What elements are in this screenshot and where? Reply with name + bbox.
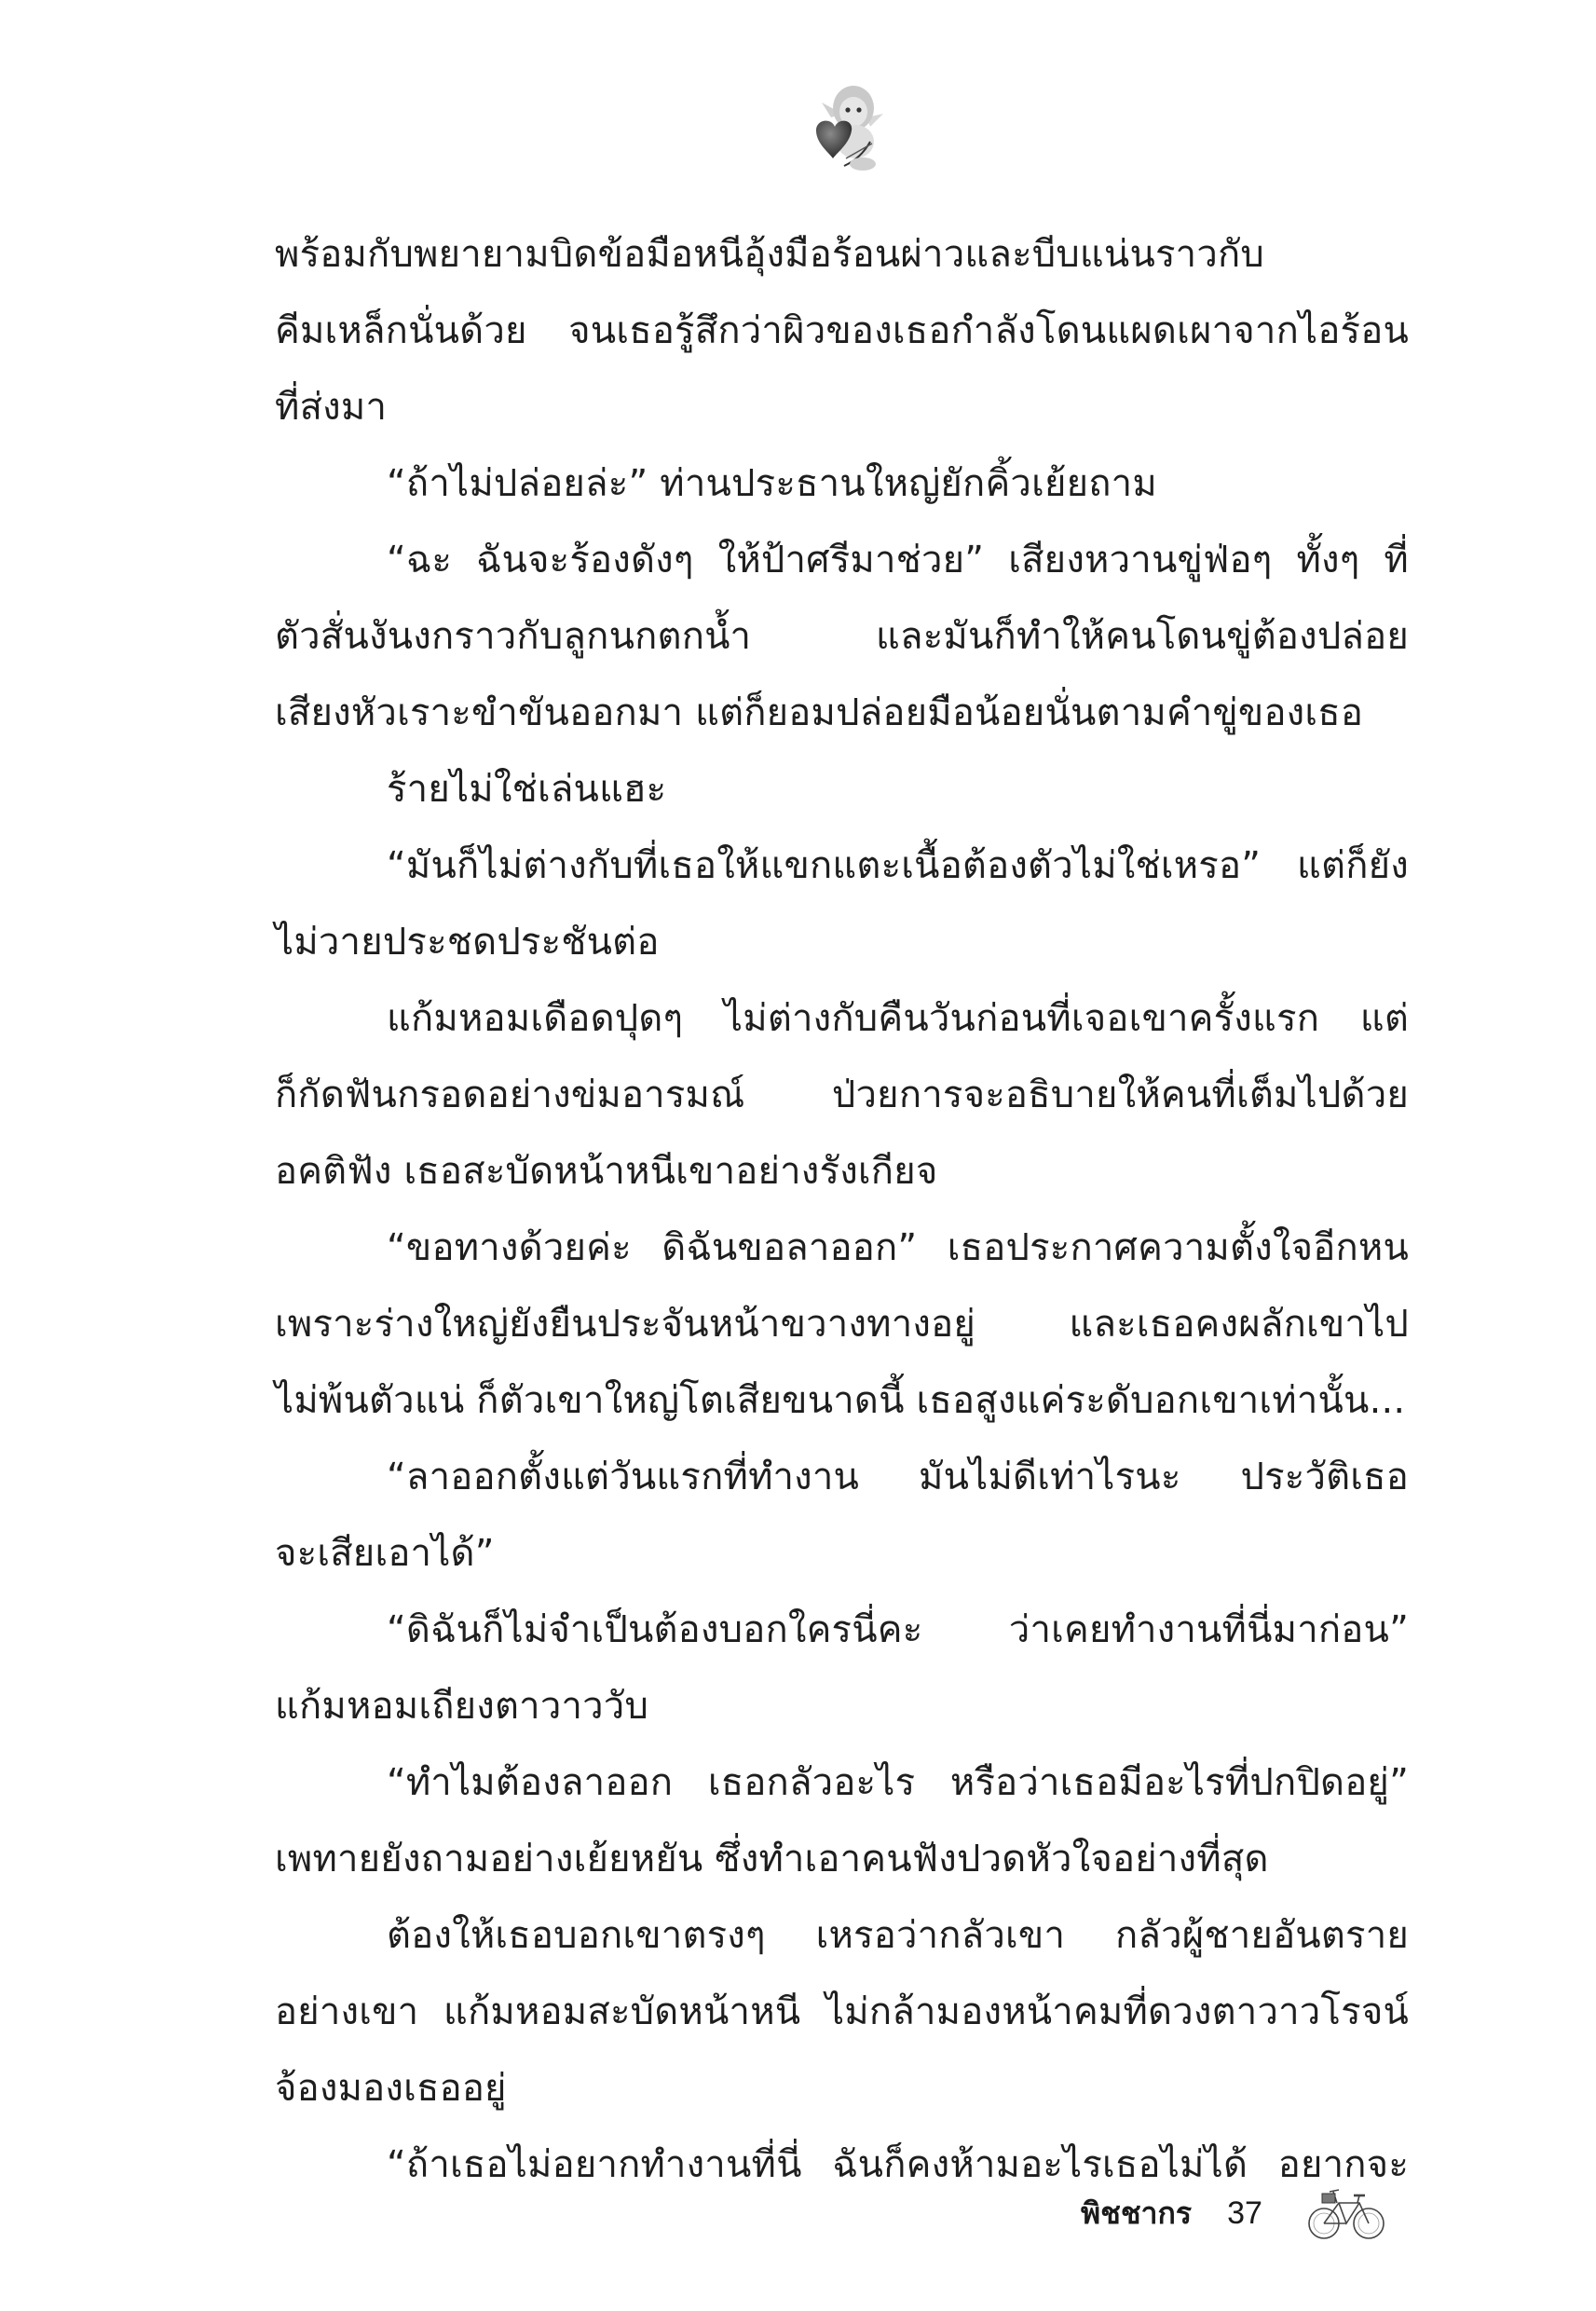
text-line: “ขอทางด้วยค่ะ ดิฉันขอลาออก” เธอประกาศควา… (275, 1210, 1409, 1286)
body-text: พร้อมกับพยายามบิดข้อมือหนีอุ้งมือร้อนผ่า… (275, 216, 1409, 2203)
text-line: ตัวสั่นงันงกราวกับลูกนกตกน้ำ และมันก็ทำใ… (275, 598, 1409, 675)
text-line: คีมเหล็กนั่นด้วย จนเธอรู้สึกว่าผิวของเธอ… (275, 293, 1409, 369)
text-line: ก็กัดฟันกรอดอย่างข่มอารมณ์ ป่วยการจะอธิบ… (275, 1057, 1409, 1133)
bicycle-icon (1307, 2184, 1385, 2242)
text-line: อคติฟัง เธอสะบัดหน้าหนีเขาอย่างรังเกียจ (275, 1133, 1409, 1210)
text-line: ที่ส่งมา (275, 369, 1409, 445)
book-title: พิชชากร (1081, 2190, 1192, 2237)
text-line: ไม่วายประชดประชันต่อ (275, 904, 1409, 980)
page-number: 37 (1227, 2195, 1262, 2232)
text-line: “ดิฉันก็ไม่จำเป็นต้องบอกใครนี่คะ ว่าเคยท… (275, 1592, 1409, 1668)
text-line: จ้องมองเธออยู่ (275, 2050, 1409, 2126)
text-line: ไม่พ้นตัวแน่ ก็ตัวเขาใหญ่โตเสียขนาดนี้ เ… (275, 1362, 1409, 1439)
text-line: อย่างเขา แก้มหอมสะบัดหน้าหนี ไม่กล้ามองห… (275, 1974, 1409, 2050)
text-line: “ฉะ ฉันจะร้องดังๆ ให้ป้าศรีมาช่วย” เสียง… (275, 522, 1409, 598)
text-line: จะเสียเอาได้” (275, 1515, 1409, 1592)
text-line: ร้ายไม่ใช่เล่นแฮะ (275, 751, 1409, 827)
page-footer: พิชชากร 37 (1081, 2181, 1385, 2246)
text-line: พร้อมกับพยายามบิดข้อมือหนีอุ้งมือร้อนผ่า… (275, 216, 1409, 293)
cupid-with-heart-icon (794, 76, 891, 173)
text-line: “ทำไมต้องลาออก เธอกลัวอะไร หรือว่าเธอมีอ… (275, 1744, 1409, 1821)
text-line: แก้มหอมเดือดปุดๆ ไม่ต่างกับคืนวันก่อนที่… (275, 980, 1409, 1057)
text-line: “ลาออกตั้งแต่วันแรกที่ทำงาน มันไม่ดีเท่า… (275, 1439, 1409, 1515)
text-line: “ถ้าไม่ปล่อยล่ะ” ท่านประธานใหญ่ยักคิ้วเย… (275, 445, 1409, 522)
text-line: แก้มหอมเถียงตาวาววับ (275, 1668, 1409, 1744)
text-line: เพทายยังถามอย่างเย้ยหยัน ซึ่งทำเอาคนฟังป… (275, 1821, 1409, 1897)
text-line: “มันก็ไม่ต่างกับที่เธอให้แขกแตะเนื้อต้อง… (275, 827, 1409, 904)
text-line: เสียงหัวเราะขำขันออกมา แต่ก็ยอมปล่อยมือน… (275, 675, 1409, 751)
book-page: พร้อมกับพยายามบิดข้อมือหนีอุ้งมือร้อนผ่า… (0, 0, 1596, 2311)
text-line: ต้องให้เธอบอกเขาตรงๆ เหรอว่ากลัวเขา กลัว… (275, 1897, 1409, 1974)
text-line: เพราะร่างใหญ่ยังยืนประจันหน้าขวางทางอยู่… (275, 1286, 1409, 1362)
